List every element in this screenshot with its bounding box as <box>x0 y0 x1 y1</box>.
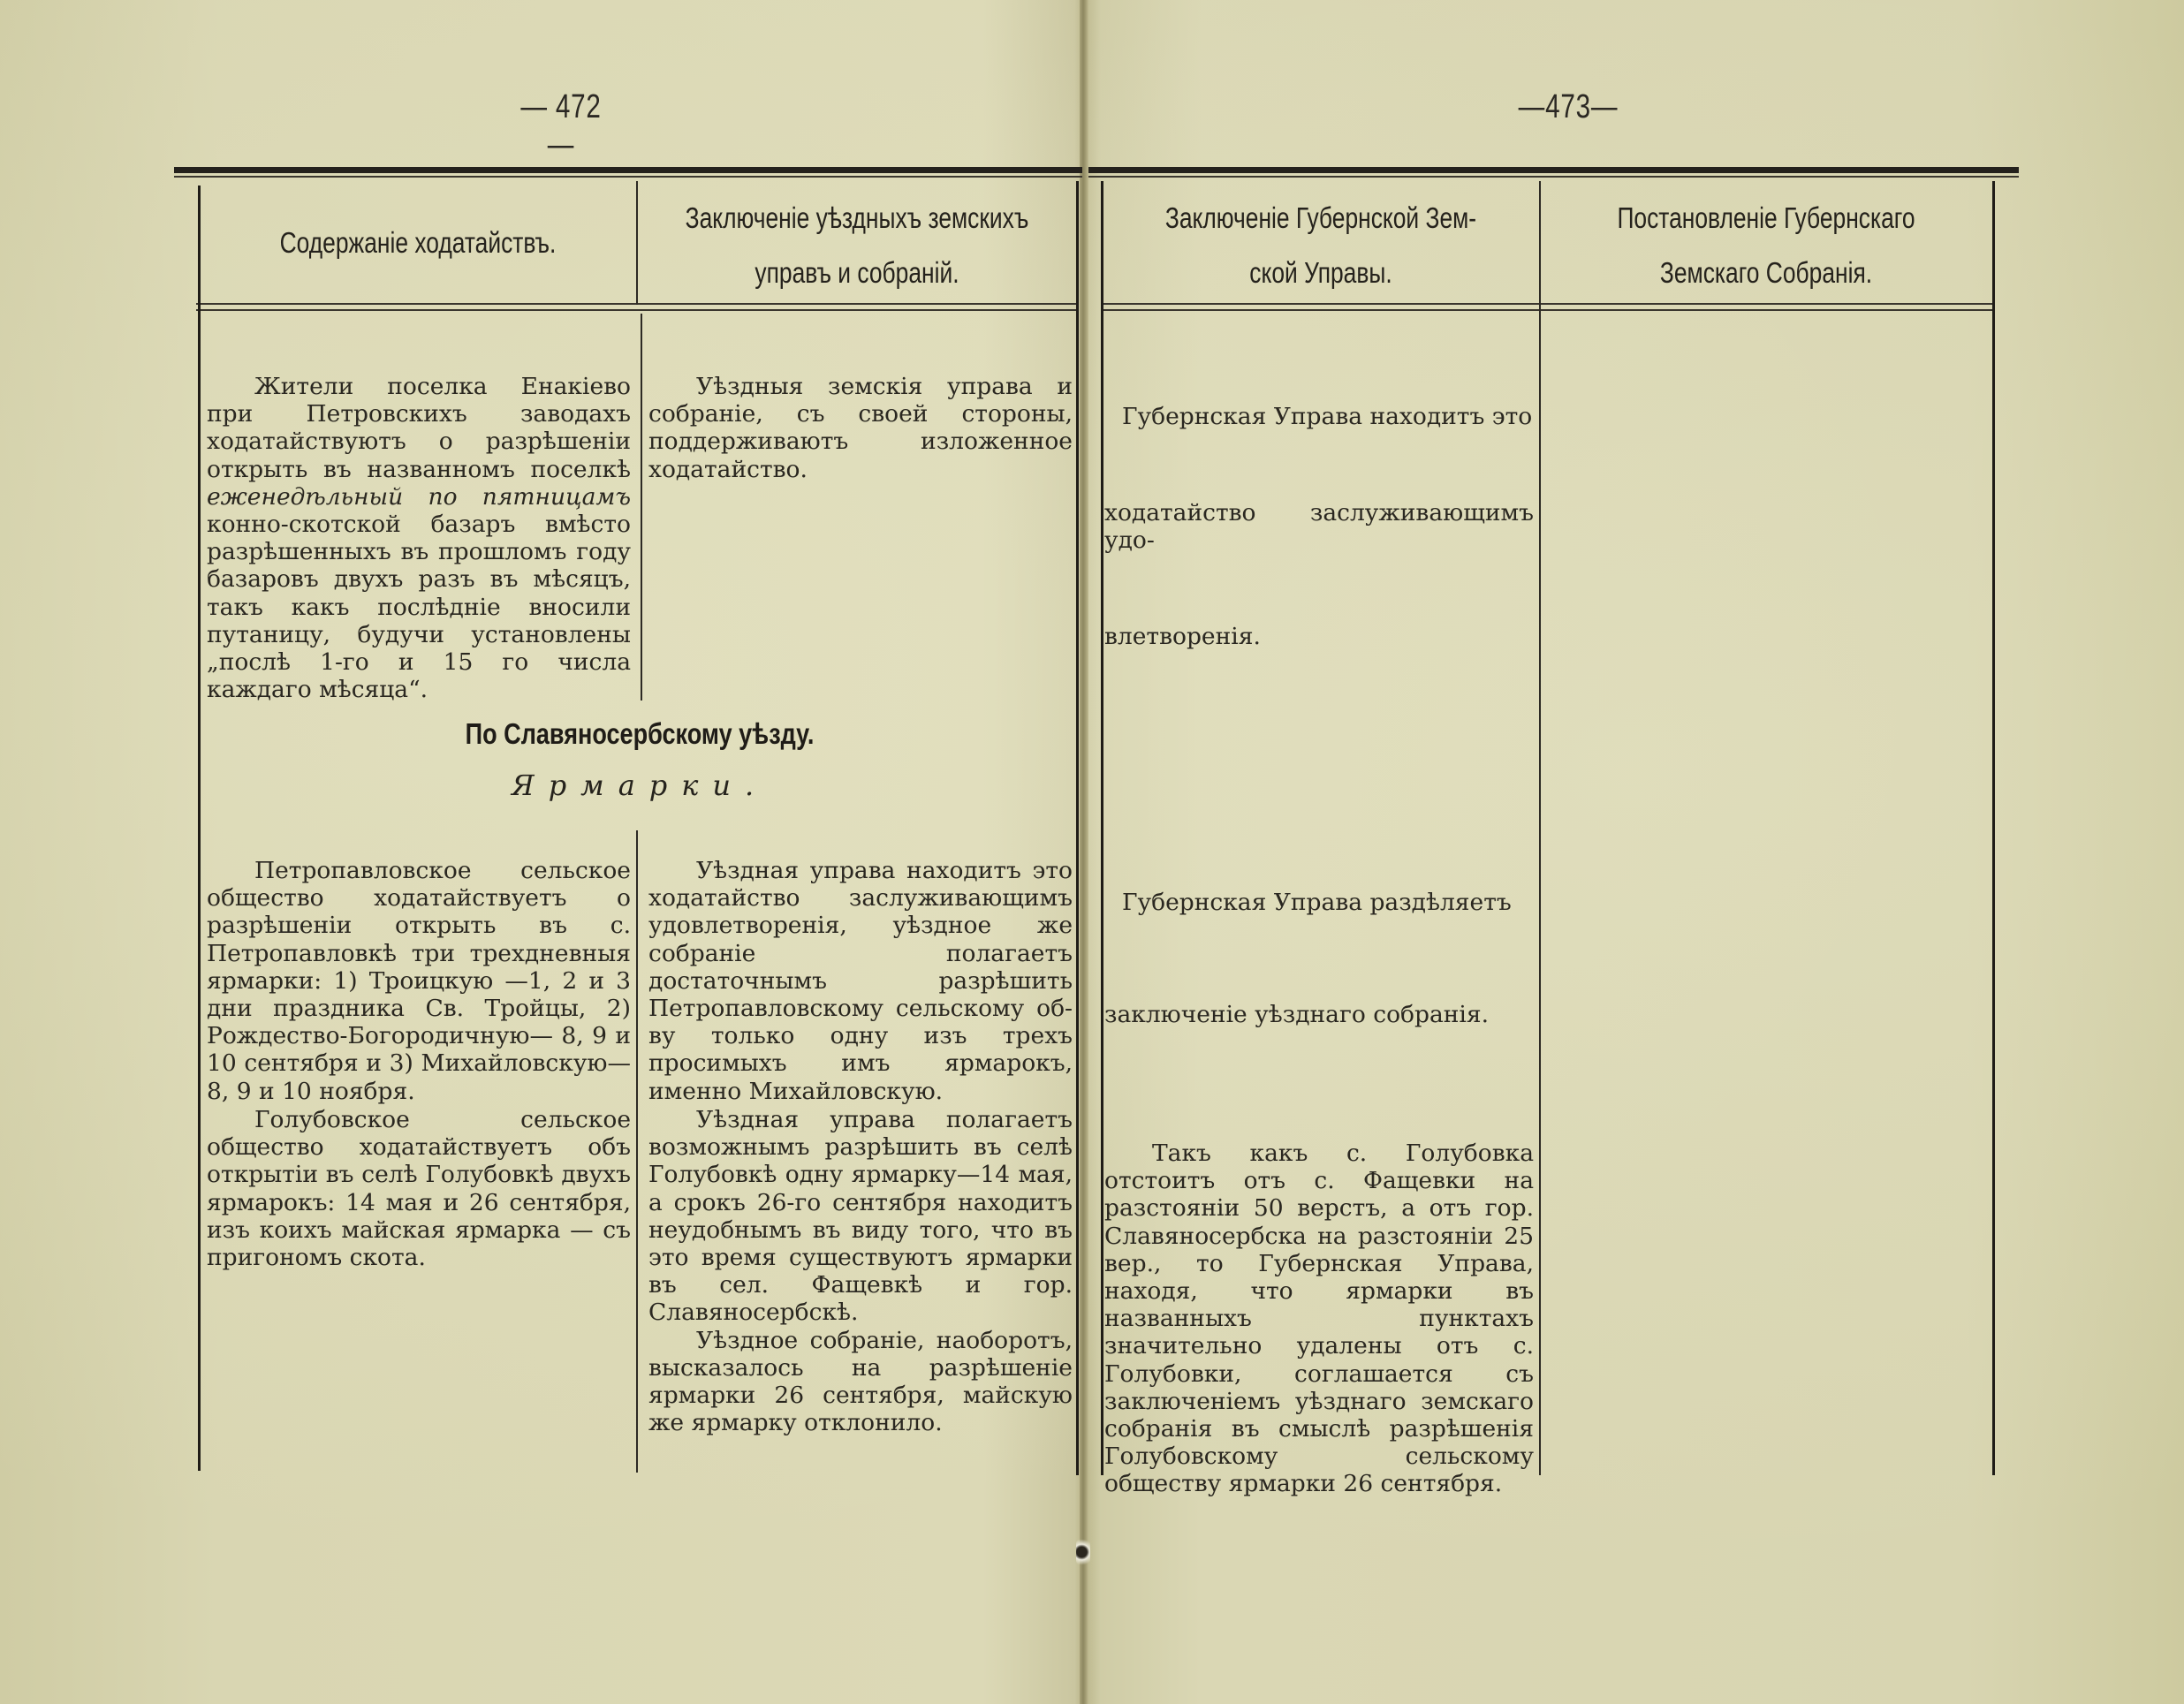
entry2-board-line1: Губернская Управа раздѣляетъ <box>1104 889 1534 916</box>
right-page-inner-border <box>1101 181 1103 1475</box>
entry2-district-text: Уѣздная управа находитъ это ходатайство … <box>648 857 1073 1105</box>
entry2-district-conclusion: Уѣздная управа находитъ это ходатайство … <box>648 857 1073 1105</box>
entry1-provincial-board: Губернская Управа находитъ это ходатайст… <box>1104 403 1534 650</box>
header-col3-line1: Заключеніе Губернской Зем- <box>1148 191 1494 246</box>
entry2-petition: Петропавловское сельское общество ходата… <box>207 857 631 1105</box>
entry1-district-text: Уѣздныя земскія управа и собраніе, съ св… <box>648 373 1073 483</box>
page-number-right: —473— <box>1517 88 1620 126</box>
left-page-outer-border <box>198 186 201 1471</box>
header-provincial-board-conclusion: Заключеніе Губернской Зем- ской Управы. <box>1148 191 1494 300</box>
left-page-col-divider-header <box>636 181 638 305</box>
section-subtitle: Ярмарки. <box>200 769 1080 802</box>
entry3-district-text-2: Уѣздное собраніе, наоборотъ, высказалось… <box>648 1327 1073 1437</box>
left-page-inner-border <box>1076 181 1079 1475</box>
entry3-petition-text: Голубовское сельское общество ходатайств… <box>207 1106 631 1271</box>
entry3-board-text: Такъ какъ с. Голубовка отстоитъ отъ с. Ф… <box>1104 1140 1534 1498</box>
right-page-col-divider <box>1539 181 1541 1475</box>
book-gutter <box>1080 0 1088 1704</box>
entry1-petition-text-a: Жители поселка Енакіево при Петровскихъ … <box>207 373 631 483</box>
header-bottom-rule-right-2 <box>1103 309 1993 311</box>
entry3-district-text-1: Уѣздная управа полагаетъ возможнымъ разр… <box>648 1106 1073 1327</box>
left-page-col-divider-lower <box>636 830 638 1473</box>
provincial-assembly-column-body <box>1546 318 1988 1466</box>
header-petition-content: Содержаніе ходатайствъ. <box>243 216 592 270</box>
header-col1-text: Содержаніе ходатайствъ. <box>243 216 592 270</box>
header-col4-line2: Земскаго Собранія. <box>1586 246 1946 300</box>
entry3-petition: Голубовское сельское общество ходатайств… <box>207 1106 631 1271</box>
table-top-rule-left <box>174 167 1082 173</box>
left-page-col-divider-upper <box>641 314 642 701</box>
entry1-board-line3: влетворенія. <box>1104 623 1534 650</box>
entry2-board-line2: заключеніе уѣзднаго собранія. <box>1104 1001 1534 1028</box>
entry3-district-conclusion: Уѣздная управа полагаетъ возможнымъ разр… <box>648 1106 1073 1436</box>
section-title: По Славяносербскому уѣзду. <box>279 717 1001 751</box>
entry1-petition-text-b: конно-скотской базаръ вмѣсто разрѣшенных… <box>207 511 631 703</box>
entry1-board-line1: Губернская Управа находитъ это <box>1104 403 1534 430</box>
binding-thread-mark <box>1076 1537 1090 1567</box>
table-top-subrule-right <box>1088 176 2019 178</box>
entry2-provincial-board: Губернская Управа раздѣляетъ заключеніе … <box>1104 889 1534 1028</box>
table-top-subrule-left <box>174 176 1082 178</box>
entry1-petition-italic: еженедѣльный по пятницамъ <box>207 483 631 511</box>
entry2-petition-text: Петропавловское сельское общество ходата… <box>207 857 631 1105</box>
header-district-conclusion: Заключеніе уѣздныхъ земскихъ управъ и со… <box>682 191 1033 300</box>
page-number-left: — 472 — <box>510 88 613 164</box>
header-col2-line1: Заключеніе уѣздныхъ земскихъ <box>682 191 1033 246</box>
header-bottom-rule-left-2 <box>196 309 1078 311</box>
entry1-board-line2: ходатайство заслуживающимъ удо- <box>1104 499 1534 554</box>
header-provincial-assembly-resolution: Постановленіе Губернскаго Земскаго Собра… <box>1586 191 1946 300</box>
entry1-district-conclusion: Уѣздныя земскія управа и собраніе, съ св… <box>648 373 1073 483</box>
header-col3-line2: ской Управы. <box>1148 246 1494 300</box>
entry1-petition: Жители поселка Енакіево при Петровскихъ … <box>207 373 631 703</box>
header-bottom-rule-right <box>1103 303 1993 305</box>
header-col2-line2: управъ и собраній. <box>682 246 1033 300</box>
header-col4-line1: Постановленіе Губернскаго <box>1586 191 1946 246</box>
entry3-provincial-board: Такъ какъ с. Голубовка отстоитъ отъ с. Ф… <box>1104 1140 1534 1498</box>
table-top-rule-right <box>1088 167 2019 173</box>
right-page-outer-border <box>1992 181 1995 1475</box>
